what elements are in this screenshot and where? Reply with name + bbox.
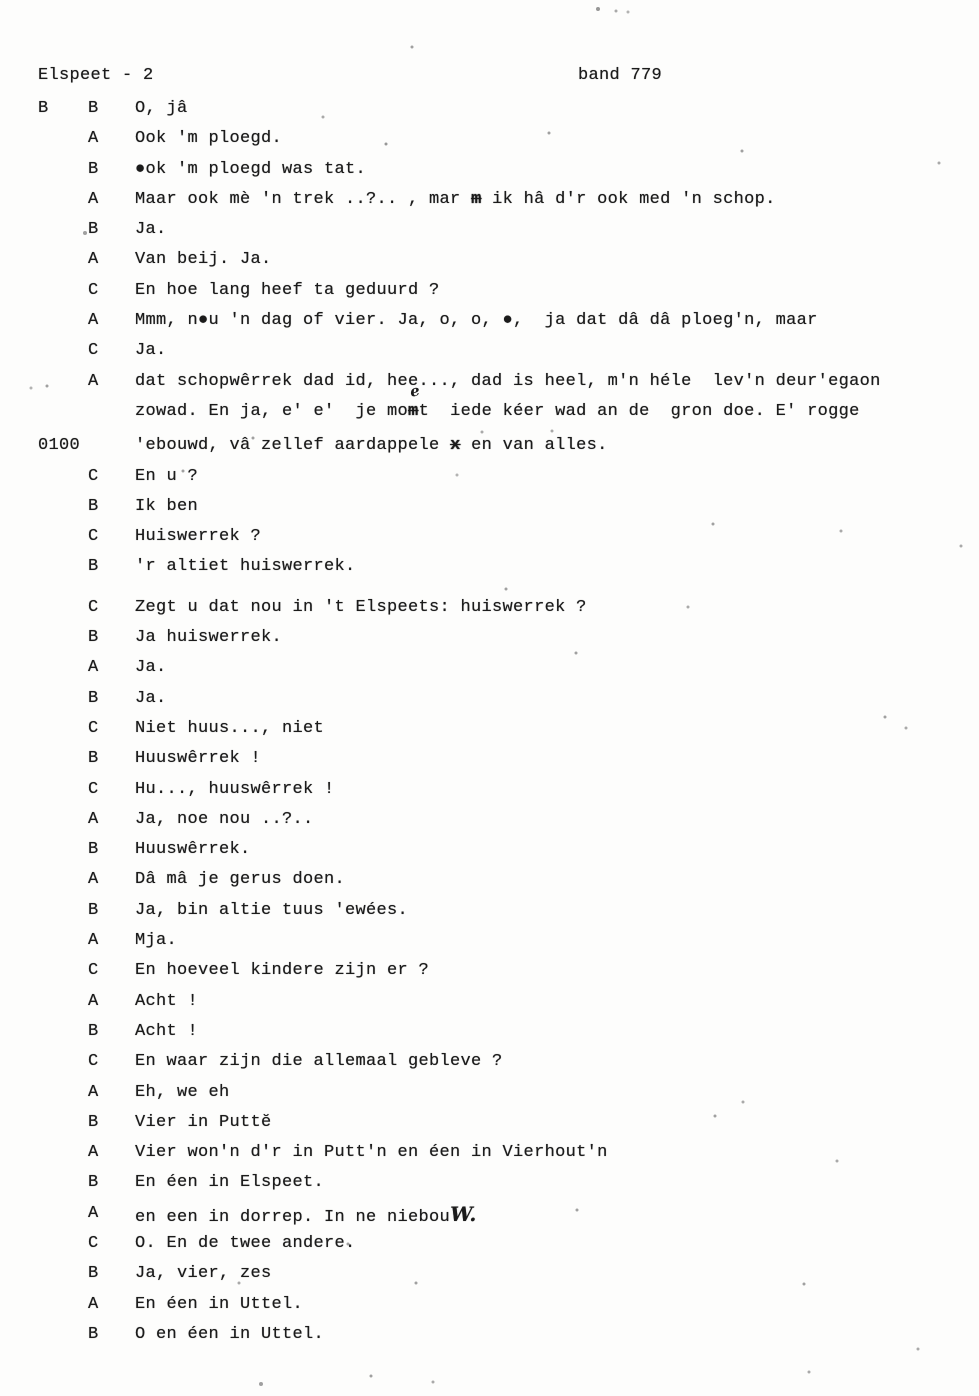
transcript-line: BHuuswêrrek !	[0, 744, 979, 774]
transcript-line: Adat schopwêrrek dad id, hee..., dad is …	[0, 367, 979, 397]
speaker-label: B	[88, 744, 99, 774]
utterance-text: Vier in Puttĕ	[135, 1108, 272, 1138]
document-title: Elspeet - 2	[38, 66, 154, 85]
speaker-label: C	[88, 714, 99, 744]
transcript-line: AVan beij. Ja.	[0, 245, 979, 275]
speaker-label: A	[88, 987, 99, 1017]
transcript-line: AAcht !	[0, 987, 979, 1017]
utterance-text: Hu..., huuswêrrek !	[135, 775, 335, 805]
transcript-line: BBO, jâ	[0, 94, 979, 124]
speaker-label: A	[88, 1290, 99, 1320]
transcript-line: 0100'ebouwd, vâ zellef aardappele x en v…	[0, 431, 979, 461]
utterance-text: Huuswêrrek !	[135, 744, 261, 774]
speaker-label: B	[88, 1320, 99, 1350]
utterance-text: Zegt u dat nou in 't Elspeets: huiswerre…	[135, 593, 587, 623]
utterance-text: Vier won'n d'r in Putt'n en éen in Vierh…	[135, 1138, 608, 1168]
utterance-text: Niet huus..., niet	[135, 714, 324, 744]
utterance-text: 'ebouwd, vâ zellef aardappele x en van a…	[135, 431, 608, 461]
utterance-text: Acht !	[135, 987, 198, 1017]
transcript-line: CHu..., huuswêrrek !	[0, 775, 979, 805]
transcript-line: BJa, bin altie tuus 'ewées.	[0, 896, 979, 926]
utterance-text: O en éen in Uttel.	[135, 1320, 324, 1350]
transcript-line: CO. En de twee andere.	[0, 1229, 979, 1259]
speaker-label: C	[88, 276, 99, 306]
speaker-label: B	[88, 1168, 99, 1198]
speaker-label: B	[88, 215, 99, 245]
transcript-line: AMja.	[0, 926, 979, 956]
utterance-text: Van beij. Ja.	[135, 245, 272, 275]
speaker-label: B	[88, 492, 99, 522]
speaker-label: B	[88, 1017, 99, 1047]
speaker-label: B	[88, 94, 99, 124]
utterance-text: Huiswerrek ?	[135, 522, 261, 552]
band-number: band 779	[578, 66, 662, 85]
scan-noise-specks	[0, 0, 2, 2]
transcript-line: AMmm, n●u 'n dag of vier. Ja, o, o, ●, j…	[0, 306, 979, 336]
transcript-line: AVier won'n d'r in Putt'n en éen in Vier…	[0, 1138, 979, 1168]
utterance-text: Ja.	[135, 215, 167, 245]
speaker-label: A	[88, 865, 99, 895]
transcript-line: BHuuswêrrek.	[0, 835, 979, 865]
transcript-line: BJa, vier, zes	[0, 1259, 979, 1289]
transcript-line: BO en éen in Uttel.	[0, 1320, 979, 1350]
utterance-text: En u ?	[135, 462, 198, 492]
transcript-line: zowad. En ja, e' e' je momet iede kéer w…	[0, 397, 979, 427]
transcript-line: AJa.	[0, 653, 979, 683]
speaker-label: B	[88, 552, 99, 582]
utterance-text: Mmm, n●u 'n dag of vier. Ja, o, o, ●, ja…	[135, 306, 818, 336]
transcript-line: ADâ mâ je gerus doen.	[0, 865, 979, 895]
transcript-line: AEh, we eh	[0, 1078, 979, 1108]
speaker-label: B	[88, 623, 99, 653]
speaker-label: A	[88, 926, 99, 956]
speaker-label: C	[88, 775, 99, 805]
speaker-label: B	[88, 835, 99, 865]
transcript-line: BAcht !	[0, 1017, 979, 1047]
utterance-text: Ja huiswerrek.	[135, 623, 282, 653]
utterance-text: Ook 'm ploegd.	[135, 124, 282, 154]
transcript-line: B'r altiet huiswerrek.	[0, 552, 979, 582]
utterance-text: En waar zijn die allemaal gebleve ?	[135, 1047, 503, 1077]
speaker-label: A	[88, 245, 99, 275]
utterance-text: Eh, we eh	[135, 1078, 230, 1108]
transcript-line: Aen een in dorrep. In ne niebouW.	[0, 1199, 979, 1229]
utterance-text: Huuswêrrek.	[135, 835, 251, 865]
margin-label: B	[38, 94, 49, 124]
utterance-text: Mja.	[135, 926, 177, 956]
document-header: Elspeet - 2 band 779	[0, 66, 979, 92]
utterance-text: en een in dorrep. In ne niebouW.	[135, 1199, 476, 1233]
utterance-text: Dâ mâ je gerus doen.	[135, 865, 345, 895]
transcript-line: AOok 'm ploegd.	[0, 124, 979, 154]
speaker-label: C	[88, 593, 99, 623]
utterance-text: En éen in Uttel.	[135, 1290, 303, 1320]
speaker-label: B	[88, 896, 99, 926]
transcript-line: CEn hoe lang heef ta geduurd ?	[0, 276, 979, 306]
speaker-label: C	[88, 956, 99, 986]
utterance-text: Ja, noe nou ..?..	[135, 805, 314, 835]
speaker-label: C	[88, 522, 99, 552]
utterance-text: En hoe lang heef ta geduurd ?	[135, 276, 440, 306]
margin-label: 0100	[38, 431, 80, 461]
utterance-text: O, jâ	[135, 94, 188, 124]
transcript-line: AJa, noe nou ..?..	[0, 805, 979, 835]
transcript-line: CEn u ?	[0, 462, 979, 492]
speaker-label: A	[88, 306, 99, 336]
speaker-label: A	[88, 185, 99, 215]
utterance-text: Ja, vier, zes	[135, 1259, 272, 1289]
utterance-text: ●ok 'm ploegd was tat.	[135, 155, 366, 185]
speaker-label: B	[88, 684, 99, 714]
utterance-text: Ja, bin altie tuus 'ewées.	[135, 896, 408, 926]
transcript-body: BBO, jâAOok 'm ploegd.B●ok 'm ploegd was…	[0, 94, 979, 1350]
speaker-label: C	[88, 1047, 99, 1077]
transcript-line: BEn éen in Elspeet.	[0, 1168, 979, 1198]
speaker-label: B	[88, 1108, 99, 1138]
utterance-text: Maar ook mè 'n trek ..?.. , mar m ik hâ …	[135, 185, 776, 215]
speaker-label: C	[88, 1229, 99, 1259]
transcript-line: BJa huiswerrek.	[0, 623, 979, 653]
transcript-line: AEn éen in Uttel.	[0, 1290, 979, 1320]
speaker-label: A	[88, 805, 99, 835]
utterance-text: Ja.	[135, 684, 167, 714]
speaker-label: A	[88, 653, 99, 683]
speaker-label: A	[88, 1199, 99, 1229]
speaker-label: A	[88, 124, 99, 154]
utterance-text: Ik ben	[135, 492, 198, 522]
transcript-line: CNiet huus..., niet	[0, 714, 979, 744]
transcript-line: BVier in Puttĕ	[0, 1108, 979, 1138]
utterance-text: O. En de twee andere.	[135, 1229, 356, 1259]
transcript-line: BJa.	[0, 215, 979, 245]
speaker-label: C	[88, 462, 99, 492]
utterance-text: Acht !	[135, 1017, 198, 1047]
transcript-line: AMaar ook mè 'n trek ..?.. , mar m ik hâ…	[0, 185, 979, 215]
transcript-line: BJa.	[0, 684, 979, 714]
utterance-text: dat schopwêrrek dad id, hee..., dad is h…	[135, 367, 881, 397]
utterance-text: 'r altiet huiswerrek.	[135, 552, 356, 582]
transcript-line: CEn waar zijn die allemaal gebleve ?	[0, 1047, 979, 1077]
transcript-line: BIk ben	[0, 492, 979, 522]
transcript-line: CEn hoeveel kindere zijn er ?	[0, 956, 979, 986]
speaker-label: C	[88, 336, 99, 366]
speaker-label: A	[88, 367, 99, 397]
utterance-text: Ja.	[135, 653, 167, 683]
transcript-line: CZegt u dat nou in 't Elspeets: huiswerr…	[0, 593, 979, 623]
utterance-text: En hoeveel kindere zijn er ?	[135, 956, 429, 986]
scanned-document-page: Elspeet - 2 band 779 BBO, jâAOok 'm ploe…	[0, 0, 979, 1396]
speaker-label: B	[88, 1259, 99, 1289]
utterance-text: zowad. En ja, e' e' je momet iede kéer w…	[135, 397, 860, 427]
speaker-label: B	[88, 155, 99, 185]
speaker-label: A	[88, 1078, 99, 1108]
transcript-line: CHuiswerrek ?	[0, 522, 979, 552]
utterance-text: Ja.	[135, 336, 167, 366]
transcript-line: B●ok 'm ploegd was tat.	[0, 155, 979, 185]
transcript-line: CJa.	[0, 336, 979, 366]
utterance-text: En éen in Elspeet.	[135, 1168, 324, 1198]
speaker-label: A	[88, 1138, 99, 1168]
